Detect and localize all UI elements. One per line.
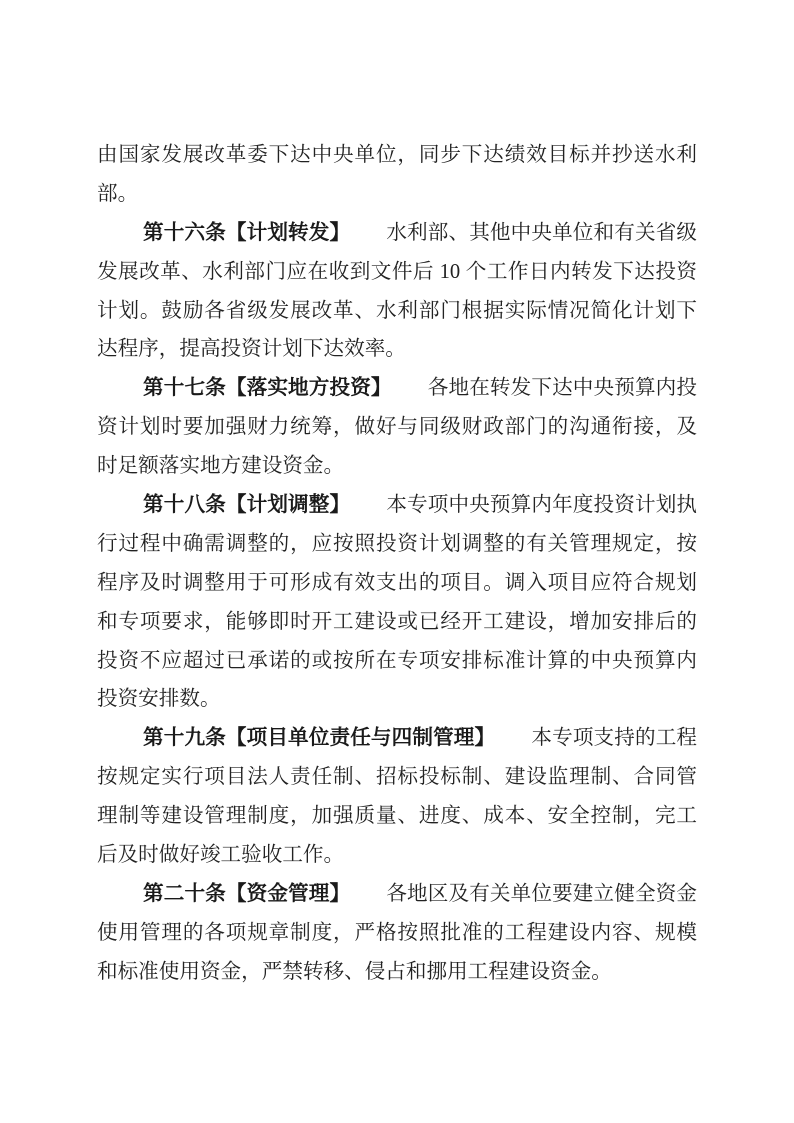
heading-body-gap: [350, 899, 386, 900]
text-line: 计划。鼓励各省级发展改革、水利部门根据实际情况简化计划下: [97, 292, 697, 331]
text-line: 由国家发展改革委下达中央单位，同步下达绩效目标并抄送水利: [97, 136, 697, 175]
document-page: 由国家发展改革委下达中央单位，同步下达绩效目标并抄送水利部。第十六条【计划转发】…: [0, 0, 794, 1123]
paragraph: 由国家发展改革委下达中央单位，同步下达绩效目标并抄送水利部。: [97, 136, 697, 214]
heading-body-gap: [350, 510, 386, 511]
paragraph: 第十八条【计划调整】本专项中央预算内年度投资计划执行过程中确需调整的，应按照投资…: [97, 486, 697, 719]
text-line: 投资安排数。: [97, 680, 697, 719]
line-text: 时足额落实地方建设资金。: [97, 455, 344, 477]
line-text: 投资安排数。: [97, 688, 221, 710]
article-heading: 第十六条【计划转发】: [143, 221, 350, 244]
line-text: 达程序，提高投资计划下达效率。: [97, 338, 406, 360]
paragraph: 第二十条【资金管理】各地区及有关单位要建立健全资金使用管理的各项规章制度，严格按…: [97, 875, 697, 992]
line-text: 和专项要求，能够即时开工建设或已经开工建设，增加安排后的: [97, 611, 697, 633]
line-text: 计划。鼓励各省级发展改革、水利部门根据实际情况简化计划下: [97, 300, 697, 322]
article-heading: 第十八条【计划调整】: [143, 493, 350, 516]
text-line: 投资不应超过已承诺的或按所在专项安排标准计算的中央预算内: [97, 642, 697, 681]
heading-body-gap: [350, 238, 386, 239]
article-heading: 第二十条【资金管理】: [143, 882, 350, 905]
line-text: 各地区及有关单位要建立健全资金: [386, 883, 697, 905]
text-line: 第十八条【计划调整】本专项中央预算内年度投资计划执: [97, 486, 697, 525]
line-text: 投资不应超过已承诺的或按所在专项安排标准计算的中央预算内: [97, 650, 697, 672]
text-line: 和专项要求，能够即时开工建设或已经开工建设，增加安排后的: [97, 603, 697, 642]
text-line: 第二十条【资金管理】各地区及有关单位要建立健全资金: [97, 875, 697, 914]
heading-body-gap: [495, 743, 531, 744]
line-text: 资计划时要加强财力统筹，做好与同级财政部门的沟通衔接，及: [97, 416, 697, 438]
article-heading: 第十九条【项目单位责任与四制管理】: [143, 726, 495, 749]
text-line: 使用管理的各项规章制度，严格按照批准的工程建设内容、规模: [97, 914, 697, 953]
text-line: 资计划时要加强财力统筹，做好与同级财政部门的沟通衔接，及: [97, 408, 697, 447]
line-text: 本专项中央预算内年度投资计划执: [386, 494, 697, 516]
line-text: 后及时做好竣工验收工作。: [97, 844, 344, 866]
line-text: 水利部、其他中央单位和有关省级: [386, 222, 697, 244]
line-text: 使用管理的各项规章制度，严格按照批准的工程建设内容、规模: [97, 922, 697, 944]
text-line: 达程序，提高投资计划下达效率。: [97, 330, 697, 369]
line-text: 由国家发展改革委下达中央单位，同步下达绩效目标并抄送水利: [97, 144, 697, 166]
text-line: 后及时做好竣工验收工作。: [97, 836, 697, 875]
text-line: 程序及时调整用于可形成有效支出的项目。调入项目应符合规划: [97, 564, 697, 603]
text-line: 第十六条【计划转发】水利部、其他中央单位和有关省级: [97, 214, 697, 253]
line-text: 程序及时调整用于可形成有效支出的项目。调入项目应符合规划: [97, 572, 697, 594]
document-text-block: 由国家发展改革委下达中央单位，同步下达绩效目标并抄送水利部。第十六条【计划转发】…: [97, 136, 697, 992]
paragraph: 第十九条【项目单位责任与四制管理】本专项支持的工程按规定实行项目法人责任制、招标…: [97, 719, 697, 875]
text-line: 发展改革、水利部门应在收到文件后 10 个工作日内转发下达投资: [97, 253, 697, 292]
paragraph: 第十七条【落实地方投资】各地在转发下达中央预算内投资计划时要加强财力统筹，做好与…: [97, 369, 697, 486]
text-line: 第十七条【落实地方投资】各地在转发下达中央预算内投: [97, 369, 697, 408]
paragraph: 第十六条【计划转发】水利部、其他中央单位和有关省级发展改革、水利部门应在收到文件…: [97, 214, 697, 370]
line-text: 行过程中确需调整的，应按照投资计划调整的有关管理规定，按: [97, 533, 697, 555]
line-text: 和标准使用资金，严禁转移、侵占和挪用工程建设资金。: [97, 961, 612, 983]
line-text: 本专项支持的工程: [531, 727, 697, 749]
text-line: 行过程中确需调整的，应按照投资计划调整的有关管理规定，按: [97, 525, 697, 564]
line-text: 各地在转发下达中央预算内投: [428, 377, 697, 399]
heading-body-gap: [392, 393, 428, 394]
text-line: 理制等建设管理制度，加强质量、进度、成本、安全控制，完工: [97, 797, 697, 836]
text-line: 按规定实行项目法人责任制、招标投标制、建设监理制、合同管: [97, 758, 697, 797]
line-text: 按规定实行项目法人责任制、招标投标制、建设监理制、合同管: [97, 766, 697, 788]
line-text: 部。: [97, 183, 138, 205]
article-heading: 第十七条【落实地方投资】: [143, 376, 392, 399]
text-line: 第十九条【项目单位责任与四制管理】本专项支持的工程: [97, 719, 697, 758]
text-line: 部。: [97, 175, 697, 214]
text-line: 时足额落实地方建设资金。: [97, 447, 697, 486]
line-text: 发展改革、水利部门应在收到文件后 10 个工作日内转发下达投资: [97, 261, 697, 283]
line-text: 理制等建设管理制度，加强质量、进度、成本、安全控制，完工: [97, 805, 697, 827]
text-line: 和标准使用资金，严禁转移、侵占和挪用工程建设资金。: [97, 953, 697, 992]
